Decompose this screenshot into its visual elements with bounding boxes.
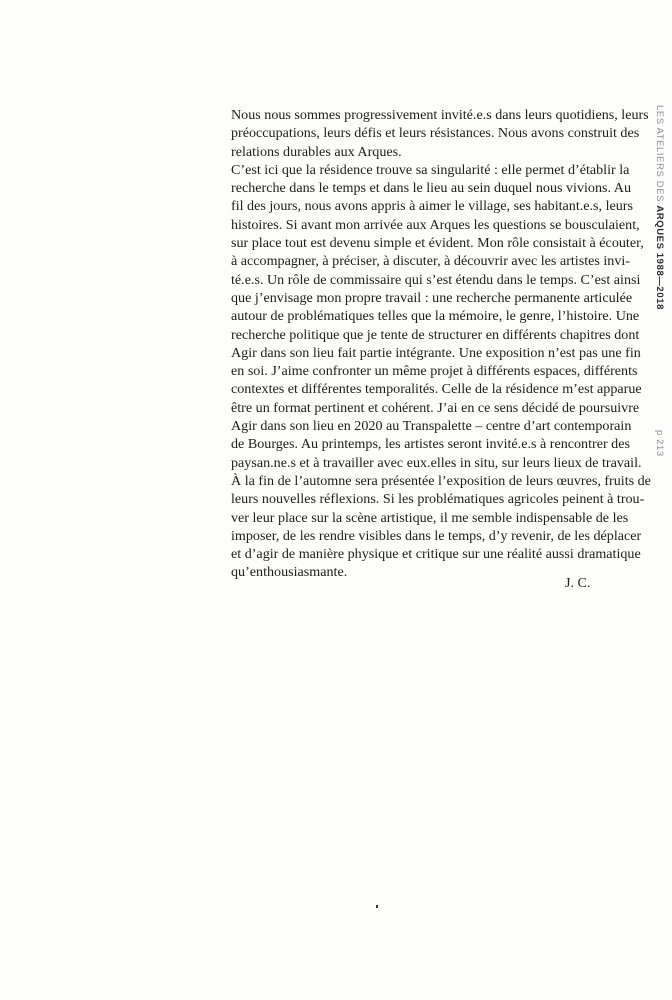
body-line: C’est ici que la résidence trouve sa sin…	[231, 161, 587, 179]
body-line: sur place tout est devenu simple et évid…	[231, 234, 587, 252]
body-line: recherche politique que je tente de stru…	[231, 326, 587, 344]
body-line: Nous nous sommes progressivement invité.…	[231, 106, 587, 124]
body-line: paysan.ne.s et à travailler avec eux.ell…	[231, 454, 587, 472]
running-head-series: LES ATELIERS DES	[654, 105, 665, 205]
running-head-title: ARQUES 1988—2018	[654, 205, 665, 310]
body-line: qu’enthousiasmante.	[231, 563, 587, 581]
body-line: À la fin de l’automne sera présentée l’e…	[231, 472, 587, 490]
body-line: de Bourges. Au printemps, les artistes s…	[231, 435, 587, 453]
author-signature: J. C.	[565, 575, 590, 592]
body-line: préoccupations, leurs défis et leurs rés…	[231, 124, 587, 142]
body-line: fil des jours, nous avons appris à aimer…	[231, 197, 587, 215]
body-text: Nous nous sommes progressivement invité.…	[231, 106, 587, 582]
body-line: contextes et différentes temporalités. C…	[231, 380, 587, 398]
print-speck	[376, 905, 378, 908]
running-head: LES ATELIERS DES ARQUES 1988—2018	[649, 105, 665, 305]
body-line: ver leur place sur la scène artistique, …	[231, 509, 587, 527]
body-line: recherche dans le temps et dans le lieu …	[231, 179, 587, 197]
body-line: imposer, de les rendre visibles dans le …	[231, 527, 587, 545]
body-line: té.e.s. Un rôle de commissaire qui s’est…	[231, 271, 587, 289]
body-line: et d’agir de manière physique et critiqu…	[231, 545, 587, 563]
page-number: p 213	[649, 430, 665, 457]
body-line: relations durables aux Arques.	[231, 143, 587, 161]
body-line: Agir dans son lieu en 2020 au Transpalet…	[231, 417, 587, 435]
body-line: en soi. J’aime confronter un même projet…	[231, 362, 587, 380]
body-line: histoires. Si avant mon arrivée aux Arqu…	[231, 216, 587, 234]
body-line: Agir dans son lieu fait partie intégrant…	[231, 344, 587, 362]
body-line: leurs nouvelles réflexions. Si les probl…	[231, 490, 587, 508]
body-line: à accompagner, à préciser, à discuter, à…	[231, 252, 587, 270]
body-line: être un format pertinent et cohérent. J’…	[231, 399, 587, 417]
body-line: autour de problématiques telles que la m…	[231, 307, 587, 325]
body-line: que j’envisage mon propre travail : une …	[231, 289, 587, 307]
